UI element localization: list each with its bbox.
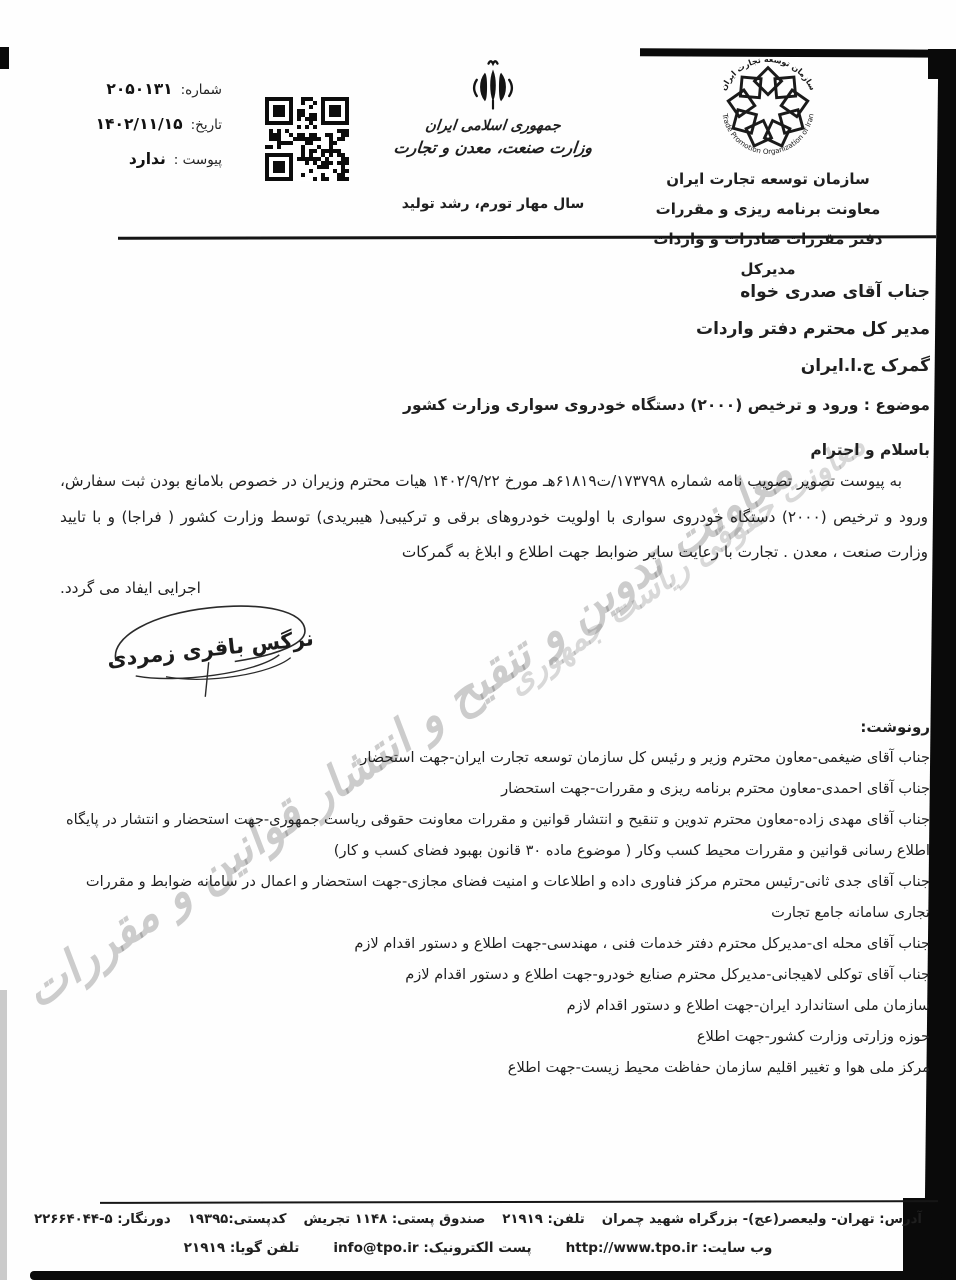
recipient-title: مدیر کل محترم دفتر واردات <box>696 311 930 348</box>
country-name: جمهوری اسلامی ایران <box>367 118 619 134</box>
letter-date-label: تاریخ: <box>191 117 222 133</box>
cc-item: مرکز ملی هوا و تغییر اقلیم سازمان حفاظت … <box>60 1052 930 1083</box>
org-name: سازمان توسعه تجارت ایران <box>618 164 918 194</box>
letter-attachment-row: پیوست : ندارد <box>62 150 222 168</box>
recipient-name: جناب آقای صدری خواه <box>696 274 930 311</box>
recipient-organization: گمرک ج.ا.ایران <box>696 348 930 385</box>
year-slogan: سال مهار تورم، رشد تولید <box>368 196 618 212</box>
letter-number-label: شماره: <box>181 82 222 98</box>
scan-artifact-top-left-mark <box>0 47 9 69</box>
cc-item: جناب آقای جدی ثانی-رئیس محترم مرکز فناور… <box>60 866 930 928</box>
footer-email: پست الکترونیک: info@tpo.ir <box>333 1240 531 1256</box>
ministry-letterhead: جمهوری اسلامی ایران وزارت صنعت، معدن و ت… <box>368 58 618 157</box>
footer-divider-line <box>100 1200 938 1204</box>
footer-website: وب سایت: http://www.tpo.ir <box>566 1240 773 1256</box>
scan-artifact-left-strip <box>0 990 7 1280</box>
letter-number-row: شماره: ۲۰۵۰۱۳۱ <box>62 80 222 98</box>
recipient-block: جناب آقای صدری خواه مدیر کل محترم دفتر و… <box>696 274 930 385</box>
cc-item: جناب آقای محله ای-مدیرکل محترم دفتر خدما… <box>60 928 930 959</box>
letter-attachment-value: ندارد <box>129 150 166 168</box>
footer-line-1: آدرس: تهران- ولیعصر(عج)- بزرگراه شهید چم… <box>34 1212 922 1227</box>
handwritten-signature: نرگس باقری زمردی <box>103 596 318 701</box>
cc-item: سازمان ملی استاندارد ایران-جهت اطلاع و د… <box>60 990 930 1021</box>
footer-address: آدرس: تهران- ولیعصر(عج)- بزرگراه شهید چم… <box>602 1212 922 1227</box>
iran-national-emblem-icon <box>466 58 520 116</box>
letter-attachment-label: پیوست : <box>174 152 222 168</box>
scanned-letter-page: معاونت تدوین و تنقیح و انتشار قوانین و م… <box>0 0 956 1280</box>
letter-date-value: ۱۴۰۲/۱۱/۱۵ <box>96 115 183 133</box>
scan-artifact-right-bar <box>924 49 956 1280</box>
cc-item: جناب آقای احمدی-معاون محترم برنامه ریزی … <box>60 773 930 804</box>
footer-line-2: وب سایت: http://www.tpo.ir پست الکترونیک… <box>120 1240 836 1256</box>
footer-email-address: info@tpo.ir <box>333 1240 418 1256</box>
footer-voice-phone: تلفن گویا: ۲۱۹۱۹ <box>184 1240 300 1256</box>
svg-text:نرگس باقری زمردی: نرگس باقری زمردی <box>106 625 315 672</box>
cc-title: رونوشت: <box>60 712 930 742</box>
footer-fax: دورنگار: ۵-۲۲۶۶۴۰۴۴ <box>34 1212 171 1227</box>
svg-text:سازمان توسعه تجارت ایران: سازمان توسعه تجارت ایران <box>719 55 817 92</box>
org-office: دفتر مقررات صادرات و واردات <box>618 224 918 254</box>
org-deputy: معاونت برنامه ریزی و مقررات <box>618 194 918 224</box>
cc-section: رونوشت: جناب آقای ضیغمی-معاون محترم وزیر… <box>60 712 930 1083</box>
organization-letterhead: سازمان توسعه تجارت ایران Trade Promotion… <box>618 52 918 284</box>
qr-code <box>265 97 349 181</box>
cc-item: جناب آقای ضیغمی-معاون محترم وزیر و رئیس … <box>60 742 930 773</box>
scan-artifact-bottom-bar <box>30 1271 942 1280</box>
footer-pobox: صندوق پستی: ۱۱۴۸ تجریش <box>303 1212 485 1227</box>
ministry-name: وزارت صنعت، معدن و تجارت <box>367 138 619 157</box>
cc-item: جناب آقای مهدی زاده-معاون محترم تدوین و … <box>60 804 930 866</box>
body-paragraph: به پیوست تصویر تصویب نامه شماره ۱۷۳۷۹۸/ت… <box>60 464 928 571</box>
letter-date-row: تاریخ: ۱۴۰۲/۱۱/۱۵ <box>62 115 222 133</box>
footer-email-label: پست الکترونیک: <box>423 1240 531 1256</box>
tpo-logo-icon: سازمان توسعه تجارت ایران Trade Promotion… <box>709 52 827 164</box>
letter-body: به پیوست تصویر تصویب نامه شماره ۱۷۳۷۹۸/ت… <box>60 464 928 606</box>
footer-postal-code: کدپستی:۱۹۳۹۵ <box>188 1212 287 1227</box>
footer-website-label: وب سایت: <box>702 1240 772 1256</box>
salutation: باسلام و احترام <box>810 441 930 459</box>
subject-line: موضوع : ورود و ترخیص (۲۰۰۰) دستگاه خودرو… <box>403 396 930 414</box>
footer-website-url: http://www.tpo.ir <box>566 1240 698 1256</box>
scan-artifact-bottom-right-block <box>903 1198 953 1276</box>
letter-meta-block: شماره: ۲۰۵۰۱۳۱ تاریخ: ۱۴۰۲/۱۱/۱۵ پیوست :… <box>62 80 222 185</box>
letter-number-value: ۲۰۵۰۱۳۱ <box>106 80 172 98</box>
cc-item: جناب آقای توکلی لاهیجانی-مدیرکل محترم صن… <box>60 959 930 990</box>
footer-phone: تلفن: ۲۱۹۱۹ <box>502 1212 585 1227</box>
cc-item: حوزه وزارتی وزارت کشور-جهت اطلاع <box>60 1021 930 1052</box>
